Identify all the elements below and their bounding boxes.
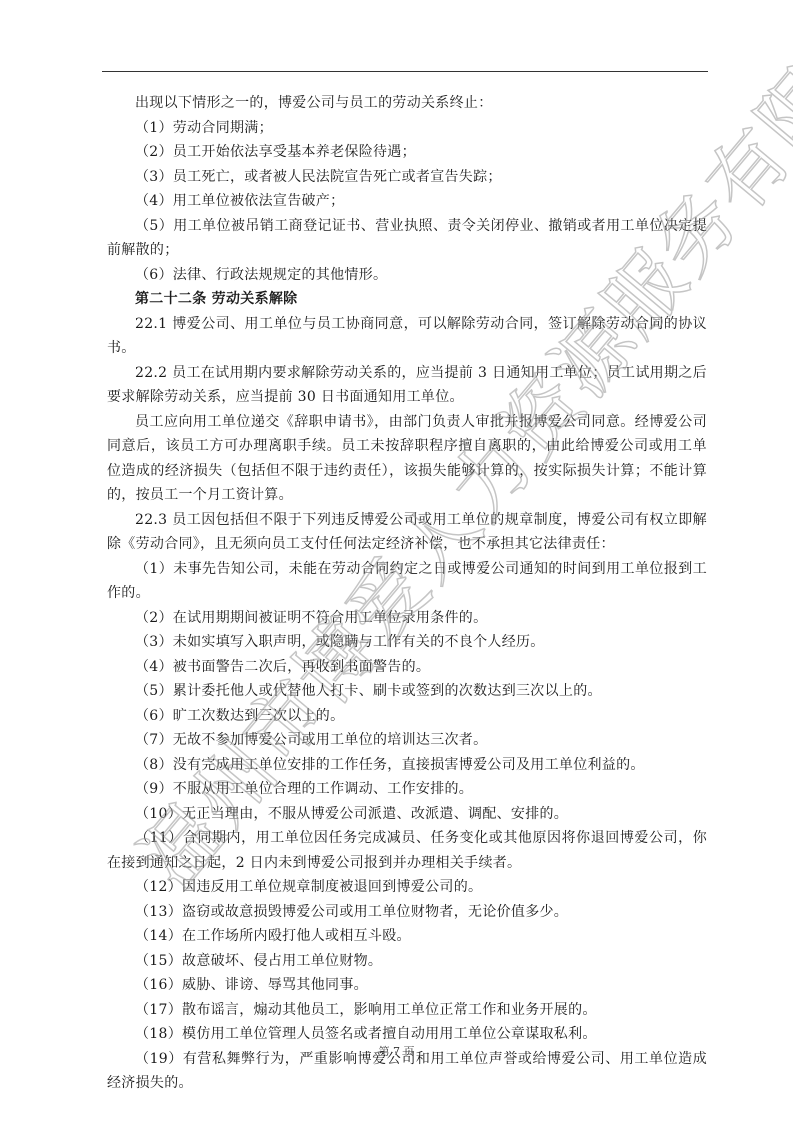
page-number: 第 7 页 bbox=[0, 1043, 793, 1059]
resignation-paragraph: 员工应向用工单位递交《辞职申请书》，由部门负责人审批并报博爱公司同意。经博爱公司… bbox=[107, 410, 707, 508]
termination-item: （3）员工死亡，或者被人民法院宣告死亡或者宣告失踪； bbox=[107, 165, 707, 190]
dismissal-item: （13）盗窃或故意损毁博爱公司或用工单位财物者，无论价值多少。 bbox=[107, 900, 707, 925]
dismissal-item: （17）散布谣言，煽动其他员工，影响用工单位正常工作和业务开展的。 bbox=[107, 998, 707, 1023]
clause-22-3: 22.3 员工因包括但不限于下列违反博爱公司或用工单位的规章制度，博爱公司有权立… bbox=[107, 508, 707, 557]
termination-item: （1）劳动合同期满； bbox=[107, 116, 707, 141]
document-body: 出现以下情形之一的，博爱公司与员工的劳动关系终止： （1）劳动合同期满； （2）… bbox=[107, 91, 707, 1096]
dismissal-item: （12）因违反用工单位规章制度被退回到博爱公司的。 bbox=[107, 875, 707, 900]
dismissal-item: （7）无故不参加博爱公司或用工单位的培训达三次者。 bbox=[107, 728, 707, 753]
dismissal-item: （2）在试用期期间被证明不符合用工单位录用条件的。 bbox=[107, 606, 707, 631]
termination-item: （4）用工单位被依法宣告破产； bbox=[107, 189, 707, 214]
dismissal-item: （1）未事先告知公司，未能在劳动合同约定之日或博爱公司通知的时间到用工单位报到工… bbox=[107, 557, 707, 606]
dismissal-item: （14）在工作场所内殴打他人或相互斗殴。 bbox=[107, 924, 707, 949]
termination-item: （5）用工单位被吊销工商登记证书、营业执照、责令关闭停业、撤销或者用工单位决定提… bbox=[107, 214, 707, 263]
clause-22-2: 22.2 员工在试用期内要求解除劳动关系的，应当提前 3 日通知用工单位；员工试… bbox=[107, 361, 707, 410]
dismissal-item: （11）合同期内，用工单位因任务完成减员、任务变化或其他原因将你退回博爱公司，你… bbox=[107, 826, 707, 875]
dismissal-item: （8）没有完成用工单位安排的工作任务，直接损害博爱公司及用工单位利益的。 bbox=[107, 753, 707, 778]
header-rule bbox=[102, 71, 708, 72]
intro-paragraph: 出现以下情形之一的，博爱公司与员工的劳动关系终止： bbox=[107, 91, 707, 116]
termination-item: （2）员工开始依法享受基本养老保险待遇； bbox=[107, 140, 707, 165]
dismissal-item: （16）威胁、诽谤、辱骂其他同事。 bbox=[107, 973, 707, 998]
dismissal-item: （6）旷工次数达到三次以上的。 bbox=[107, 704, 707, 729]
dismissal-item: （10）无正当理由，不服从博爱公司派遣、改派遣、调配、安排的。 bbox=[107, 802, 707, 827]
dismissal-item: （5）累计委托他人或代替他人打卡、刷卡或签到的次数达到三次以上的。 bbox=[107, 679, 707, 704]
clause-22-1: 22.1 博爱公司、用工单位与员工协商同意，可以解除劳动合同，签订解除劳动合同的… bbox=[107, 312, 707, 361]
termination-item: （6）法律、行政法规规定的其他情形。 bbox=[107, 263, 707, 288]
dismissal-item: （4）被书面警告二次后，再收到书面警告的。 bbox=[107, 655, 707, 680]
article-heading: 第二十二条 劳动关系解除 bbox=[107, 287, 707, 312]
dismissal-item: （9）不服从用工单位合理的工作调动、工作安排的。 bbox=[107, 777, 707, 802]
dismissal-item: （15）故意破坏、侵占用工单位财物。 bbox=[107, 949, 707, 974]
dismissal-item: （3）未如实填写入职声明，或隐瞒与工作有关的不良个人经历。 bbox=[107, 630, 707, 655]
